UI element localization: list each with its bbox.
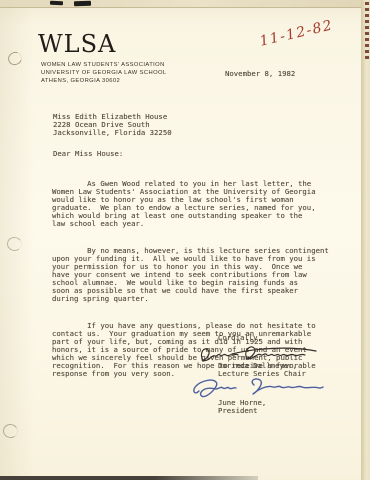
paper-bottom-edge: [0, 476, 258, 480]
recipient-address: Miss Edith Elizabeth House 2228 Ocean Dr…: [53, 113, 172, 137]
paragraph: As Gwen Wood related to you in her last …: [52, 180, 329, 228]
salutation: Dear Miss House:: [53, 150, 123, 158]
wlsa-logo: WLSA: [38, 30, 116, 58]
punch-hole: [6, 50, 24, 68]
scanned-letter-page: WLSA WOMEN LAW STUDENTS' ASSOCIATION UNI…: [0, 0, 370, 480]
punch-hole: [2, 423, 20, 440]
scan-mark: [50, 1, 63, 5]
letterhead-org-lines: WOMEN LAW STUDENTS' ASSOCIATION UNIVERSI…: [41, 61, 167, 85]
closing: Cordially,: [218, 334, 262, 342]
paper-right-edge: [361, 0, 370, 480]
letter-date: November 8, 1982: [225, 70, 295, 78]
signature-block-june: June Horne, President: [218, 399, 266, 415]
paragraph: By no means, however, is this lecture se…: [52, 247, 329, 303]
binding-perforation-marks: [365, 2, 369, 60]
punch-hole: [6, 236, 23, 252]
handwritten-date-annotation: 11-12-82: [258, 17, 335, 49]
scan-mark: [74, 1, 91, 7]
